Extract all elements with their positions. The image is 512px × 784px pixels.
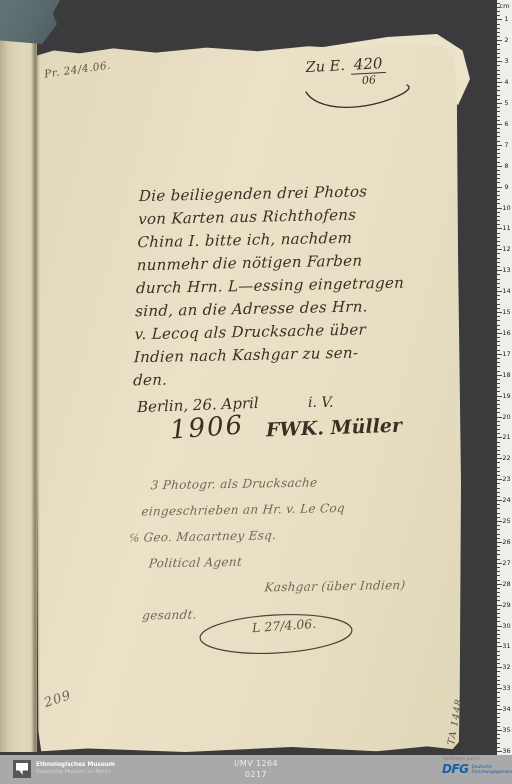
ruler-tick-label: 12 <box>501 245 512 253</box>
ruler-tick <box>497 44 500 45</box>
dfg-full-name: Deutsche Forschungsgemeinschaft <box>472 763 512 775</box>
ruler-tick <box>497 567 500 568</box>
ruler-tick <box>497 697 500 698</box>
ruler-tick <box>497 722 500 723</box>
ruler-tick-label: 18 <box>501 371 512 379</box>
ruler-tick <box>497 325 500 326</box>
ruler-tick <box>497 308 500 309</box>
ruler-tick <box>497 362 500 363</box>
ruler-tick <box>497 588 500 589</box>
ruler-tick-label: 22 <box>501 454 512 462</box>
ruler-tick <box>497 492 500 493</box>
ruler-tick <box>497 170 500 171</box>
ruler: cm 1234567891011121314151617181920212223… <box>497 0 512 755</box>
ruler-tick <box>497 408 500 409</box>
ruler-tick <box>497 734 500 735</box>
ruler-tick <box>497 529 500 530</box>
ruler-tick <box>497 212 500 213</box>
ruler-tick <box>497 157 500 158</box>
letter-year: 1906 <box>169 410 245 445</box>
ruler-tick <box>497 684 500 685</box>
ruler-tick <box>497 517 500 518</box>
ruler-tick <box>497 559 500 560</box>
ruler-tick-label: 5 <box>501 99 512 107</box>
ruler-tick <box>497 743 500 744</box>
ruler-tick <box>497 680 500 681</box>
ruler-tick <box>497 387 500 388</box>
ruler-tick <box>497 425 500 426</box>
ruler-tick <box>497 266 500 267</box>
ruler-tick <box>497 195 500 196</box>
ruler-tick <box>497 747 500 748</box>
ruler-tick-label: 35 <box>501 726 512 734</box>
file-reference-prefix: Zu E. <box>305 58 345 76</box>
ruler-tick <box>497 107 500 108</box>
ruler-tick-label: 8 <box>501 162 512 170</box>
ruler-tick <box>497 550 500 551</box>
ruler-tick <box>497 383 500 384</box>
ruler-tick <box>497 295 500 296</box>
ruler-tick-label: 15 <box>501 308 512 316</box>
ruler-tick <box>497 475 500 476</box>
ruler-tick <box>497 7 500 8</box>
ruler-tick <box>497 174 500 175</box>
ruler-tick <box>497 116 500 117</box>
ruler-tick-label: 28 <box>501 580 512 588</box>
ruler-tick <box>497 111 500 112</box>
ruler-tick <box>497 571 500 572</box>
ruler-tick-label: 13 <box>501 266 512 274</box>
ruler-tick <box>497 429 500 430</box>
ruler-tick-label: 14 <box>501 287 512 295</box>
ruler-tick <box>497 446 500 447</box>
ruler-tick <box>497 454 500 455</box>
ruler-tick <box>497 705 500 706</box>
ruler-tick <box>497 153 500 154</box>
dfg-branding: Gefördert durch DFG Deutsche Forschungsg… <box>442 757 506 776</box>
ruler-tick <box>497 412 500 413</box>
ruler-tick <box>497 191 500 192</box>
ruler-tick-label: 16 <box>501 329 512 337</box>
ruler-tick <box>497 341 500 342</box>
ruler-tick-label: 33 <box>501 684 512 692</box>
ruler-tick <box>497 253 500 254</box>
ruler-tick-label: 11 <box>501 224 512 232</box>
ruler-tick <box>497 600 500 601</box>
ruler-tick <box>497 609 500 610</box>
ruler-tick-label: 10 <box>501 204 512 212</box>
ruler-tick <box>497 421 500 422</box>
dispatch-note: 3 Photogr. als Drucksacheeingeschrieben … <box>121 467 455 629</box>
ruler-tick-label: 19 <box>501 392 512 400</box>
ruler-tick <box>497 136 500 137</box>
ruler-tick <box>497 596 500 597</box>
ruler-tick <box>497 224 500 225</box>
ruler-tick-label: 32 <box>501 663 512 671</box>
ruler-tick <box>497 366 500 367</box>
ruler-tick <box>497 15 500 16</box>
letter-signer-prefix: i. V. <box>308 395 334 411</box>
ruler-tick <box>497 651 500 652</box>
ruler-tick <box>497 203 500 204</box>
ruler-tick <box>497 316 500 317</box>
ruler-tick <box>497 350 500 351</box>
ruler-tick-label: 6 <box>501 120 512 128</box>
ruler-tick <box>497 630 500 631</box>
ruler-tick <box>497 36 500 37</box>
ruler-tick <box>497 11 500 12</box>
shelfmark-sequence: 0217 <box>0 770 512 781</box>
ruler-tick <box>497 141 500 142</box>
ruler-tick <box>497 442 500 443</box>
ruler-tick <box>497 471 500 472</box>
ruler-tick-label: 7 <box>501 141 512 149</box>
ruler-tick <box>497 659 500 660</box>
ruler-tick-label: 20 <box>501 413 512 421</box>
ruler-tick-label: 30 <box>501 622 512 630</box>
ruler-tick-label: 34 <box>501 705 512 713</box>
ruler-tick <box>497 371 500 372</box>
ruler-tick <box>497 216 500 217</box>
ruler-tick <box>497 287 500 288</box>
dfg-name-line2: Forschungsgemeinschaft <box>472 770 512 775</box>
ruler-tick-label: 17 <box>501 350 512 358</box>
ruler-tick-label: 24 <box>501 496 512 504</box>
ruler-tick <box>497 53 500 54</box>
ruler-tick <box>497 379 500 380</box>
ruler-tick <box>497 32 500 33</box>
ruler-tick <box>497 580 500 581</box>
ruler-tick <box>497 178 500 179</box>
ruler-tick-label: 27 <box>501 559 512 567</box>
ruler-tick-label: 36 <box>501 747 512 755</box>
ruler-tick <box>497 199 500 200</box>
ruler-tick <box>497 525 500 526</box>
ruler-tick <box>497 638 500 639</box>
ruler-tick <box>497 345 500 346</box>
ruler-tick <box>497 245 500 246</box>
ruler-tick <box>497 120 500 121</box>
ruler-tick <box>497 508 500 509</box>
ruler-tick-label: 25 <box>501 517 512 525</box>
underline-flourish <box>300 82 420 116</box>
ruler-tick-label: 23 <box>501 475 512 483</box>
shelfmark-id: I/MV 1264 <box>0 759 512 770</box>
ruler-tick <box>497 279 500 280</box>
ruler-tick <box>497 738 500 739</box>
ruler-tick <box>497 400 500 401</box>
ruler-tick <box>497 617 500 618</box>
ruler-tick <box>497 329 500 330</box>
ruler-tick <box>497 717 500 718</box>
ruler-tick <box>497 28 500 29</box>
ruler-tick <box>497 241 500 242</box>
ruler-tick-label: 4 <box>501 78 512 86</box>
ruler-tick <box>497 592 500 593</box>
file-reference-numerator: 420 <box>350 56 385 75</box>
ruler-tick <box>497 65 500 66</box>
binding-cloth <box>0 0 60 44</box>
ruler-tick <box>497 149 500 150</box>
ruler-tick <box>497 621 500 622</box>
ruler-tick <box>497 237 500 238</box>
ruler-tick <box>497 337 500 338</box>
ruler-tick <box>497 663 500 664</box>
ruler-tick-label: 9 <box>501 183 512 191</box>
ruler-tick <box>497 3 500 4</box>
ruler-tick <box>497 220 500 221</box>
ruler-tick <box>497 676 500 677</box>
ruler-tick <box>497 713 500 714</box>
ruler-tick-label: 2 <box>501 36 512 44</box>
ruler-tick <box>497 701 500 702</box>
ruler-tick <box>497 404 500 405</box>
ruler-tick <box>497 74 500 75</box>
ruler-tick <box>497 182 500 183</box>
ruler-tick <box>497 24 500 25</box>
ruler-tick <box>497 304 500 305</box>
ruler-tick-label: 3 <box>501 57 512 65</box>
ruler-tick <box>497 655 500 656</box>
ruler-tick <box>497 99 500 100</box>
ruler-tick-label: 1 <box>501 15 512 23</box>
ruler-tick <box>497 467 500 468</box>
ruler-tick-label: 26 <box>501 538 512 546</box>
book-gutter-crease <box>31 40 40 752</box>
ruler-tick <box>497 642 500 643</box>
letter-body: Die beiliegenden drei Photosvon Karten a… <box>133 179 449 393</box>
ruler-tick <box>497 162 500 163</box>
ruler-tick <box>497 262 500 263</box>
ruler-tick <box>497 613 500 614</box>
ruler-tick <box>497 86 500 87</box>
footer-bar: Ethnologisches Museum Staatliche Museen … <box>0 755 512 784</box>
ruler-tick <box>497 90 500 91</box>
ruler-tick <box>497 391 500 392</box>
ruler-tick <box>497 433 500 434</box>
ruler-tick <box>497 634 500 635</box>
ruler-tick <box>497 358 500 359</box>
dispatch-note-line: Kashgar (über Indien) <box>263 571 445 600</box>
ruler-tick <box>497 575 500 576</box>
ruler-tick-label: 29 <box>501 601 512 609</box>
scanned-letter-page: Pr. 24/4.06. Zu E. 420 06 Die beiliegend… <box>0 0 512 784</box>
ruler-tick <box>497 320 500 321</box>
ruler-tick <box>497 671 500 672</box>
ruler-tick <box>497 299 500 300</box>
ruler-tick <box>497 546 500 547</box>
ruler-tick <box>497 49 500 50</box>
ruler-tick <box>497 692 500 693</box>
ruler-tick <box>497 57 500 58</box>
ruler-tick <box>497 274 500 275</box>
ruler-tick-label: 21 <box>501 433 512 441</box>
dfg-logo: DFG Deutsche Forschungsgemeinschaft <box>442 763 506 776</box>
ruler-tick <box>497 554 500 555</box>
shelfmark: I/MV 1264 0217 <box>0 759 512 780</box>
ruler-tick <box>497 496 500 497</box>
ruler-tick <box>497 483 500 484</box>
ruler-tick <box>497 538 500 539</box>
ruler-tick <box>497 70 500 71</box>
ruler-tick <box>497 258 500 259</box>
ruler-tick-label: 31 <box>501 642 512 650</box>
dfg-acronym: DFG <box>442 763 469 776</box>
ruler-tick <box>497 78 500 79</box>
ruler-tick <box>497 132 500 133</box>
ruler-tick <box>497 283 500 284</box>
ruler-tick <box>497 450 500 451</box>
ruler-tick <box>497 488 500 489</box>
ruler-tick <box>497 128 500 129</box>
ruler-tick <box>497 95 500 96</box>
ruler-tick <box>497 462 500 463</box>
ruler-tick <box>497 726 500 727</box>
ruler-tick <box>497 534 500 535</box>
ruler-tick <box>497 504 500 505</box>
ruler-tick <box>497 233 500 234</box>
ruler-tick <box>497 513 500 514</box>
